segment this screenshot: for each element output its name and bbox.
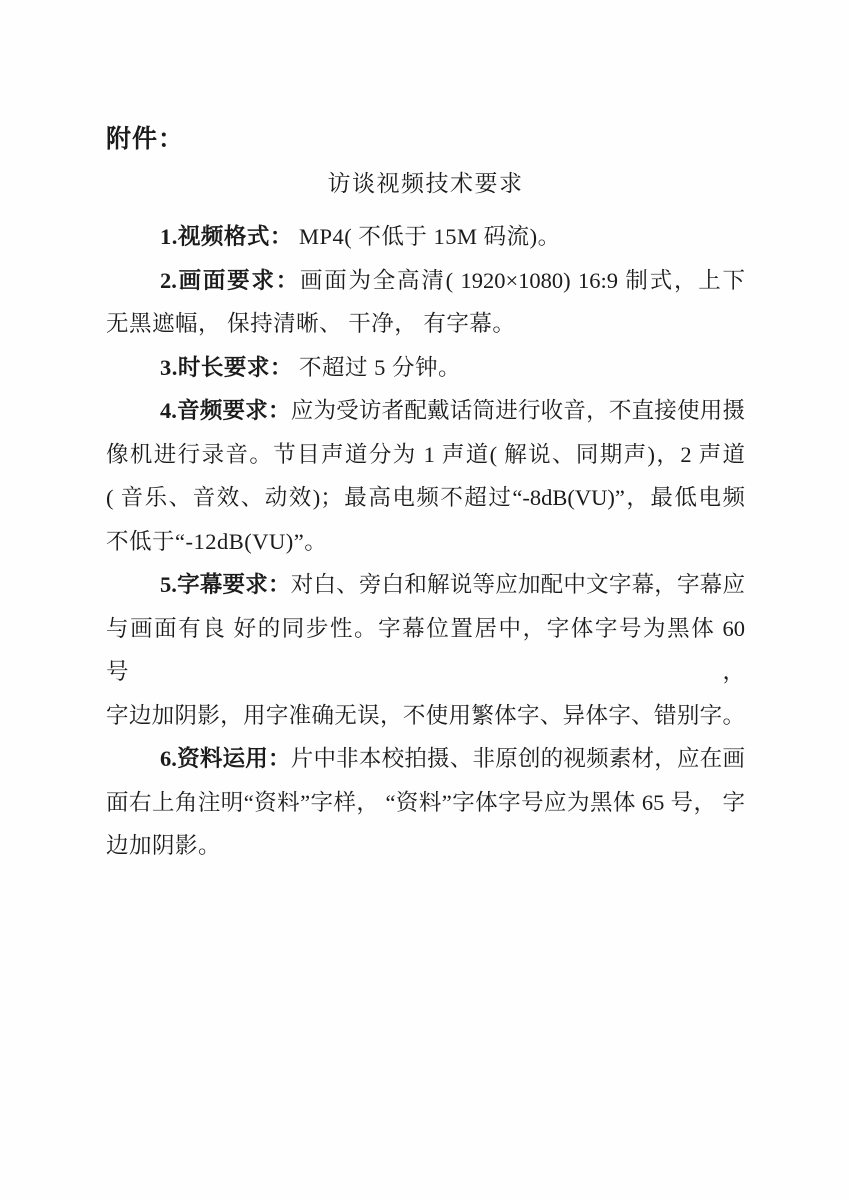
line-text: 无黑遮幅， 保持清晰、 干净， 有字幕。 xyxy=(106,311,515,336)
line-text: 与画面有良 好的同步性。字幕位置居中，字体字号为黑体 60 号， xyxy=(106,616,751,685)
document-line: 边加阴影。 xyxy=(106,824,745,868)
line-label: 5.字幕要求： xyxy=(160,572,291,597)
line-text: 不低于“-12dB(VU)”。 xyxy=(106,529,327,554)
line-text: MP4( 不低于 15M 码流)。 xyxy=(293,224,561,249)
line-text: ( 音乐、音效、动效)；最高电频不超过“-8dB(VU)”，最低电频 xyxy=(106,485,745,510)
document-line: 3.时长要求： 不超过 5 分钟。 xyxy=(106,346,745,390)
document-line: 2.画面要求：画面为全高清( 1920×1080) 16:9 制式，上下 xyxy=(106,259,745,303)
document-title: 访谈视频技术要求 xyxy=(106,162,745,206)
document-line: 5.字幕要求：对白、旁白和解说等应加配中文字幕，字幕应 xyxy=(106,563,745,607)
document-line: 字边加阴影，用字准确无误，不使用繁体字、异体字、错别字。 xyxy=(106,694,745,738)
document-line: 4.音频要求：应为受访者配戴话筒进行收音，不直接使用摄 xyxy=(106,389,745,433)
document-line: 面右上角注明“资料”字样， “资料”字体字号应为黑体 65 号， 字 xyxy=(106,781,745,825)
document-line: ( 音乐、音效、动效)；最高电频不超过“-8dB(VU)”，最低电频 xyxy=(106,476,745,520)
line-label: 4.音频要求： xyxy=(160,398,291,423)
line-text: 片中非本校拍摄、非原创的视频素材，应在画 xyxy=(291,746,745,771)
line-label: 3.时长要求： xyxy=(160,355,293,380)
line-text: 字边加阴影，用字准确无误，不使用繁体字、异体字、错别字。 xyxy=(106,703,745,728)
document-page: 附件： 访谈视频技术要求 1.视频格式： MP4( 不低于 15M 码流)。2.… xyxy=(0,0,849,1200)
document-body: 1.视频格式： MP4( 不低于 15M 码流)。2.画面要求：画面为全高清( … xyxy=(106,215,745,868)
line-text: 对白、旁白和解说等应加配中文字幕，字幕应 xyxy=(291,572,745,597)
line-label: 6.资料运用： xyxy=(160,746,291,771)
line-text: 不超过 5 分钟。 xyxy=(293,355,461,380)
line-text: 应为受访者配戴话筒进行收音，不直接使用摄 xyxy=(291,398,745,423)
document-line: 无黑遮幅， 保持清晰、 干净， 有字幕。 xyxy=(106,302,745,346)
line-label: 2.画面要求： xyxy=(160,268,300,293)
line-text: 画面为全高清( 1920×1080) 16:9 制式，上下 xyxy=(300,268,745,293)
document-line: 6.资料运用：片中非本校拍摄、非原创的视频素材，应在画 xyxy=(106,737,745,781)
line-text: 边加阴影。 xyxy=(106,833,221,858)
document-line: 像机进行录音。节目声道分为 1 声道( 解说、同期声)，2 声道 xyxy=(106,433,745,477)
line-text: 像机进行录音。节目声道分为 1 声道( 解说、同期声)，2 声道 xyxy=(106,442,745,467)
document-line: 与画面有良 好的同步性。字幕位置居中，字体字号为黑体 60 号， xyxy=(106,607,745,694)
attachment-label: 附件： xyxy=(106,118,745,162)
document-line: 1.视频格式： MP4( 不低于 15M 码流)。 xyxy=(106,215,745,259)
line-label: 1.视频格式： xyxy=(160,224,293,249)
document-line: 不低于“-12dB(VU)”。 xyxy=(106,520,745,564)
line-text: 面右上角注明“资料”字样， “资料”字体字号应为黑体 65 号， 字 xyxy=(106,790,745,815)
